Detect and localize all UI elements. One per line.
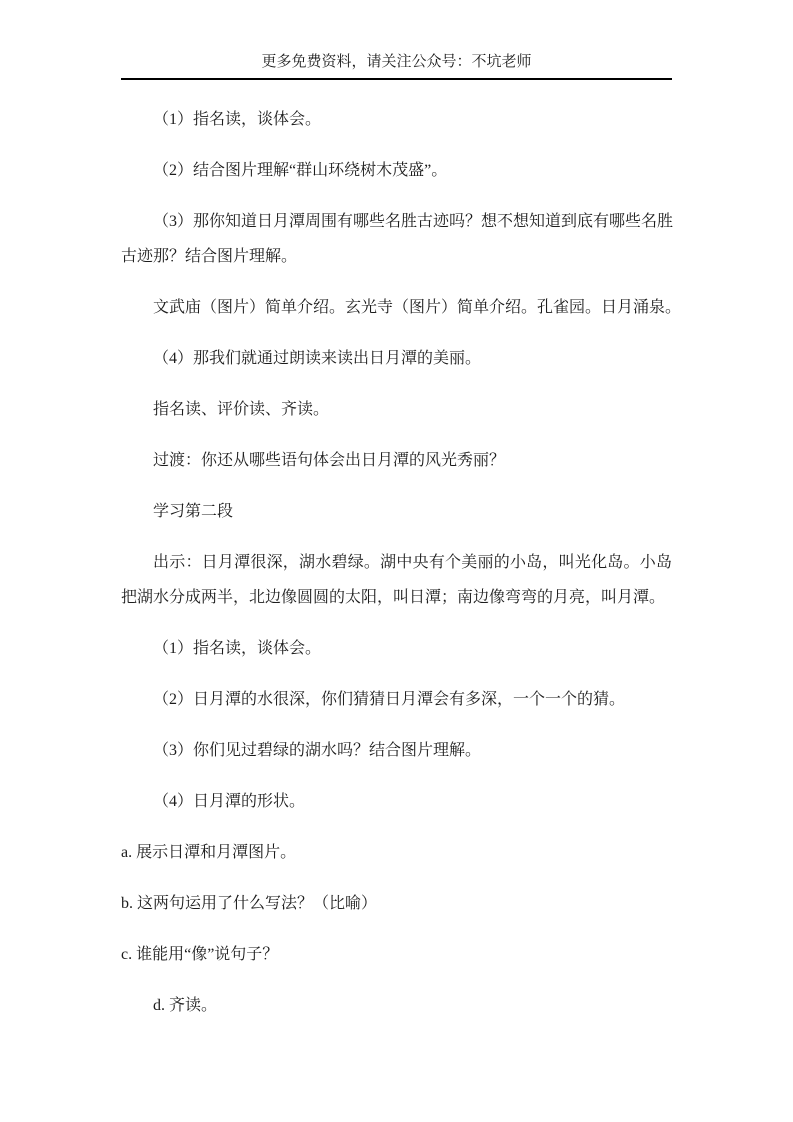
body-paragraph: （1）指名读，谈体会。 — [121, 102, 672, 137]
text-line: （3）那你知道日月潭周围有哪些名胜古迹吗？想不想知道到底有哪些名胜 — [121, 204, 672, 239]
text-line: （4）那我们就通过朗读来读出日月潭的美丽。 — [121, 341, 672, 376]
text-line: （3）你们见过碧绿的湖水吗？结合图片理解。 — [121, 733, 672, 768]
header-notice: 更多免费资料，请关注公众号：不坑老师 — [121, 52, 672, 72]
text-line: 文武庙（图片）简单介绍。玄光寺（图片）简单介绍。孔雀园。日月涌泉。 — [121, 290, 672, 325]
text-line: c. 谁能用“像”说句子？ — [121, 937, 672, 972]
text-line: 古迹那？结合图片理解。 — [121, 239, 672, 274]
text-line: b. 这两句运用了什么写法？（比喻） — [121, 886, 672, 921]
body-paragraph: 出示：日月潭很深，湖水碧绿。湖中央有个美丽的小岛，叫光化岛。小岛把湖水分成两半，… — [121, 545, 672, 615]
body-paragraph: b. 这两句运用了什么写法？（比喻） — [121, 886, 672, 921]
body-paragraph: 指名读、评价读、齐读。 — [121, 392, 672, 427]
body-paragraph: a. 展示日潭和月潭图片。 — [121, 835, 672, 870]
text-line: 出示：日月潭很深，湖水碧绿。湖中央有个美丽的小岛，叫光化岛。小岛 — [121, 545, 672, 580]
body-paragraph: （4）那我们就通过朗读来读出日月潭的美丽。 — [121, 341, 672, 376]
body-paragraph: d. 齐读。 — [121, 988, 672, 1023]
text-line: 指名读、评价读、齐读。 — [121, 392, 672, 427]
text-line: （4）日月潭的形状。 — [121, 784, 672, 819]
body-paragraph: （1）指名读，谈体会。 — [121, 631, 672, 666]
body-paragraph: c. 谁能用“像”说句子？ — [121, 937, 672, 972]
body-paragraph: 文武庙（图片）简单介绍。玄光寺（图片）简单介绍。孔雀园。日月涌泉。 — [121, 290, 672, 325]
text-line: （1）指名读，谈体会。 — [121, 631, 672, 666]
body-paragraph: （4）日月潭的形状。 — [121, 784, 672, 819]
document-page: 更多免费资料，请关注公众号：不坑老师 （1）指名读，谈体会。（2）结合图片理解“… — [0, 0, 793, 1122]
body-paragraph: （3）你们见过碧绿的湖水吗？结合图片理解。 — [121, 733, 672, 768]
body-paragraph: 过渡：你还从哪些语句体会出日月潭的风光秀丽？ — [121, 443, 672, 478]
text-line: （2）结合图片理解“群山环绕树木茂盛”。 — [121, 153, 672, 188]
body-paragraph: 学习第二段 — [121, 494, 672, 529]
document-body: （1）指名读，谈体会。（2）结合图片理解“群山环绕树木茂盛”。（3）那你知道日月… — [121, 80, 672, 1023]
text-line: （1）指名读，谈体会。 — [121, 102, 672, 137]
text-line: 过渡：你还从哪些语句体会出日月潭的风光秀丽？ — [121, 443, 672, 478]
text-line: d. 齐读。 — [121, 988, 672, 1023]
text-line: a. 展示日潭和月潭图片。 — [121, 835, 672, 870]
body-paragraph: （2）日月潭的水很深，你们猜猜日月潭会有多深，一个一个的猜。 — [121, 682, 672, 717]
text-line: 学习第二段 — [121, 494, 672, 529]
text-line: 把湖水分成两半，北边像圆圆的太阳，叫日潭；南边像弯弯的月亮，叫月潭。 — [121, 580, 672, 615]
text-line: （2）日月潭的水很深，你们猜猜日月潭会有多深，一个一个的猜。 — [121, 682, 672, 717]
body-paragraph: （2）结合图片理解“群山环绕树木茂盛”。 — [121, 153, 672, 188]
page-header: 更多免费资料，请关注公众号：不坑老师 — [121, 52, 672, 80]
body-paragraph: （3）那你知道日月潭周围有哪些名胜古迹吗？想不想知道到底有哪些名胜古迹那？结合图… — [121, 204, 672, 274]
